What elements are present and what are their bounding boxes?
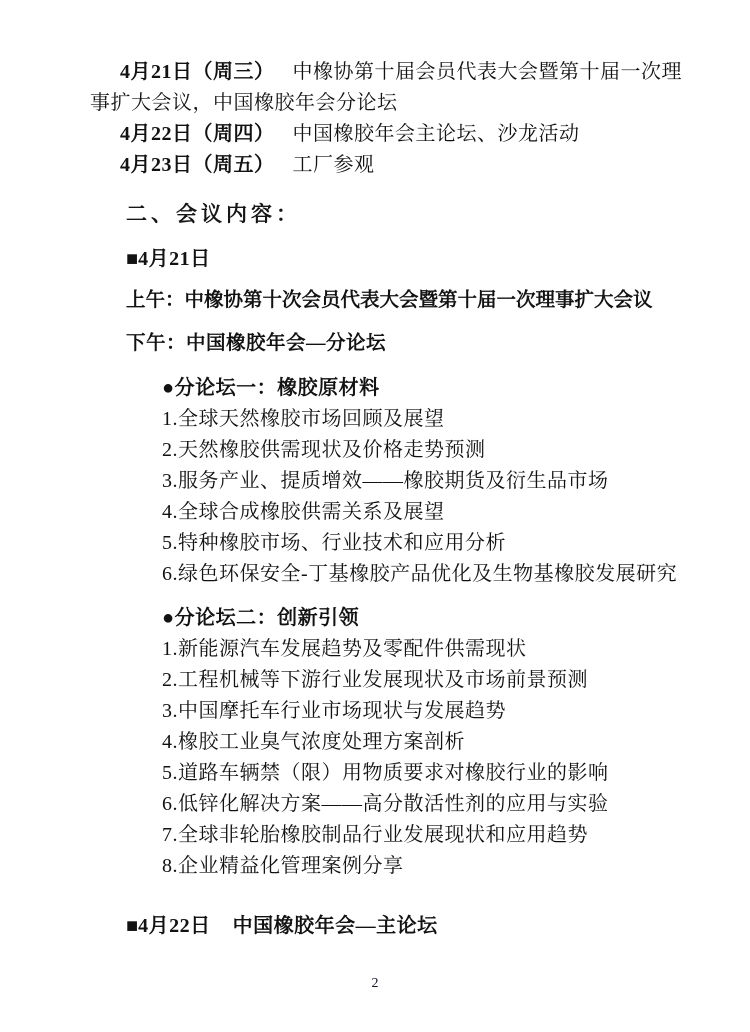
schedule-desc-3: 工厂参观: [293, 154, 375, 176]
list-item: 3.中国摩托车行业市场现状与发展趋势: [162, 696, 690, 727]
list-item: 8.企业精益化管理案例分享: [162, 851, 690, 882]
day2-date: 4月22日: [138, 915, 211, 937]
list-item: 4.橡胶工业臭气浓度处理方案剖析: [162, 727, 690, 758]
document-page: 4月21日（周三）中橡协第十届会员代表大会暨第十届一次理事扩大会议，中国橡胶年会…: [0, 0, 750, 1032]
forum-2-title-text: 分论坛二：创新引领: [175, 607, 360, 629]
list-item: 1.全球天然橡胶市场回顾及展望: [162, 404, 690, 435]
list-item: 3.服务产业、提质增效——橡胶期货及衍生品市场: [162, 466, 690, 497]
list-item: 7.全球非轮胎橡胶制品行业发展现状和应用趋势: [162, 820, 690, 851]
forum-1-section: ●分论坛一：橡胶原材料 1.全球天然橡胶市场回顾及展望 2.天然橡胶供需现状及价…: [162, 373, 690, 590]
forum-2-section: ●分论坛二：创新引领 1.新能源汽车发展趋势及零配件供需现状 2.工程机械等下游…: [162, 603, 690, 882]
page-number: 2: [0, 974, 750, 994]
bullet-circle-marker: ●: [162, 377, 175, 399]
schedule-entry-3: 4月23日（周五）工厂参观: [90, 150, 690, 181]
section-title: 二、会议内容：: [126, 198, 690, 232]
list-item: 5.特种橡胶市场、行业技术和应用分析: [162, 528, 690, 559]
forum-2-title: ●分论坛二：创新引领: [162, 603, 690, 634]
day1-morning-line: 上午：中橡协第十次会员代表大会暨第十届一次理事扩大会议: [126, 285, 690, 316]
list-item: 6.绿色环保安全-丁基橡胶产品优化及生物基橡胶发展研究: [162, 559, 690, 590]
forum-1-title-text: 分论坛一：橡胶原材料: [175, 377, 380, 399]
bullet-circle-marker: ●: [162, 607, 175, 629]
forum-1-title: ●分论坛一：橡胶原材料: [162, 373, 690, 404]
schedule-desc-2: 中国橡胶年会主论坛、沙龙活动: [293, 123, 580, 145]
schedule-date-2: 4月22日（周四）: [120, 123, 275, 145]
forum-1-list: 1.全球天然橡胶市场回顾及展望 2.天然橡胶供需现状及价格走势预测 3.服务产业…: [162, 404, 690, 590]
list-item: 5.道路车辆禁（限）用物质要求对橡胶行业的影响: [162, 758, 690, 789]
day1-heading: ■4月21日: [126, 244, 690, 275]
day1-date: 4月21日: [138, 248, 211, 270]
list-item: 4.全球合成橡胶供需关系及展望: [162, 497, 690, 528]
day2-heading: ■4月22日中国橡胶年会—主论坛: [126, 911, 690, 942]
list-item: 6.低锌化解决方案——高分散活性剂的应用与实验: [162, 789, 690, 820]
schedule-entry-1: 4月21日（周三）中橡协第十届会员代表大会暨第十届一次理事扩大会议，中国橡胶年会…: [90, 57, 690, 119]
day1-afternoon-line: 下午：中国橡胶年会—分论坛: [126, 328, 690, 359]
list-item: 2.天然橡胶供需现状及价格走势预测: [162, 435, 690, 466]
black-square-marker: ■: [126, 915, 138, 937]
day2-title: 中国橡胶年会—主论坛: [233, 915, 438, 937]
forum-2-list: 1.新能源汽车发展趋势及零配件供需现状 2.工程机械等下游行业发展现状及市场前景…: [162, 634, 690, 882]
list-item: 1.新能源汽车发展趋势及零配件供需现状: [162, 634, 690, 665]
schedule-date-3: 4月23日（周五）: [120, 154, 275, 176]
schedule-entry-2: 4月22日（周四）中国橡胶年会主论坛、沙龙活动: [90, 119, 690, 150]
list-item: 2.工程机械等下游行业发展现状及市场前景预测: [162, 665, 690, 696]
schedule-date-1: 4月21日（周三）: [120, 61, 275, 83]
black-square-marker: ■: [126, 248, 138, 270]
